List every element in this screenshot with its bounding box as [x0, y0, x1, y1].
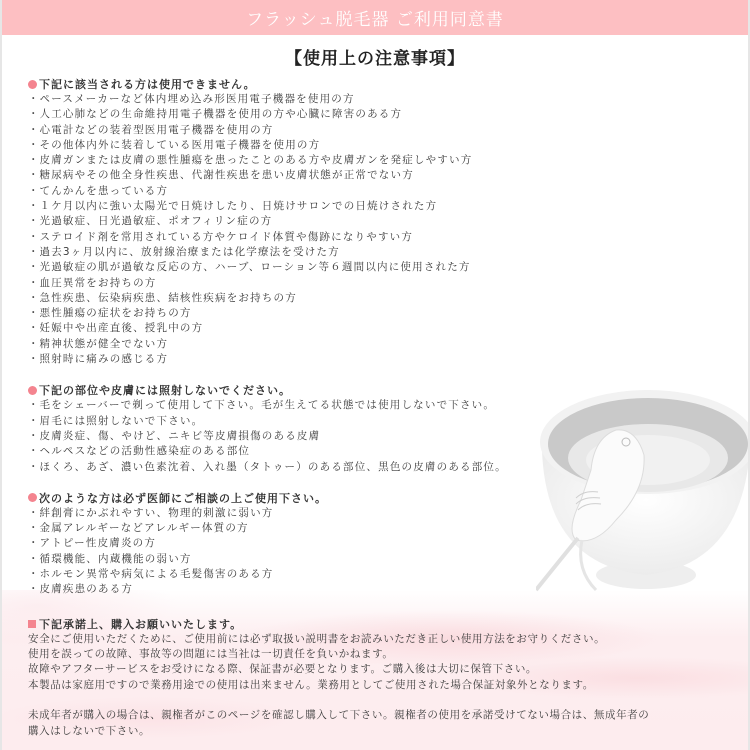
section-heading: 下記承諾上、購入お願いいたします。 — [28, 616, 728, 632]
list-item: 絆創膏にかぶれやすい、物理的刺激に弱い方 — [28, 506, 728, 521]
section-no-irradiation-areas: 下記の部位や皮膚には照射しないでください。 毛をシェーバーで剃って使用して下さい… — [28, 382, 728, 474]
list-item: 眉毛には照射しないで下さい。 — [28, 414, 728, 429]
list-item: 心電計などの装着型医用電子機器を使用の方 — [28, 123, 728, 138]
list-item: 毛をシェーバーで剃って使用して下さい。毛が生えてる状態では使用しないで下さい。 — [28, 398, 728, 413]
list-item: 金属アレルギーなどアレルギー体質の方 — [28, 521, 728, 536]
list-item: 急性疾患、伝染病疾患、結核性疾病をお持ちの方 — [28, 291, 728, 306]
list-item: 悪性腫瘍の症状をお持ちの方 — [28, 306, 728, 321]
section-prohibited-users: 下記に該当される方は使用できません。 ペースメーカーなど体内埋め込み形医用電子機… — [28, 76, 728, 367]
agreement-line: 使用を誤っての故障、事故等の問題には当社は一切責任を負いかねます。 — [28, 647, 728, 662]
list-item: 循環機能、内蔵機能の弱い方 — [28, 552, 728, 567]
list-item: ほくろ、あざ、濃い色素沈着、入れ墨（タトゥー）のある部位、黒色の皮膚のある部位。 — [28, 460, 728, 475]
list-item: てんかんを患っている方 — [28, 184, 728, 199]
minor-purchase-notice: 未成年者が購入の場合は、親権者がこのページを確認し購入して下さい。親権者の使用を… — [28, 707, 728, 739]
list-item: アトピー性皮膚炎の方 — [28, 536, 728, 551]
list-item: 精神状態が健全でない方 — [28, 337, 728, 352]
minor-notice-line: 購入はしないで下さい。 — [28, 723, 728, 739]
list-item: 光過敏症の肌が過敏な反応の方、ハーブ、ローション等６週間以内に使用された方 — [28, 260, 728, 275]
list-item: １ケ月以内に強い太陽光で日焼けしたり、日焼けサロンでの日焼けされた方 — [28, 199, 728, 214]
list-item: 照射時に痛みの感じる方 — [28, 352, 728, 367]
list-item: 過去3ヶ月以内に、放射線治療または化学療法を受けた方 — [28, 245, 728, 260]
bullet-dot-icon — [28, 80, 37, 89]
section-heading: 下記の部位や皮膚には照射しないでください。 — [28, 382, 728, 398]
agreement-line: 安全にご使用いただくために、ご使用前には必ず取扱い説明書をお読みいただき正しい使… — [28, 632, 728, 647]
list-item: 糖尿病やその他全身性疾患、代謝性疾患を患い皮膚状態が正常でない方 — [28, 168, 728, 183]
section-heading: 下記に該当される方は使用できません。 — [28, 76, 728, 92]
list-item: 人工心肺などの生命維持用電子機器を使用の方や心臓に障害のある方 — [28, 107, 728, 122]
list-item: 妊娠中や出産直後、授乳中の方 — [28, 321, 728, 336]
section-purchase-agreement: 下記承諾上、購入お願いいたします。 安全にご使用いただくために、ご使用前には必ず… — [28, 616, 728, 693]
list-item: ペースメーカーなど体内埋め込み形医用電子機器を使用の方 — [28, 92, 728, 107]
agreement-line: 故障やアフターサービスをお受けになる際、保証書が必要となります。ご購入後は大切に… — [28, 662, 728, 677]
list-item: 血圧異常をお持ちの方 — [28, 276, 728, 291]
list-item: 光過敏症、日光過敏症、ポオフィリン症の方 — [28, 214, 728, 229]
list-item: 皮膚ガンまたは皮膚の悪性腫瘍を患ったことのある方や皮膚ガンを発症しやすい方 — [28, 153, 728, 168]
list-item: その他体内外に装着している医用電子機器を使用の方 — [28, 138, 728, 153]
minor-notice-line: 未成年者が購入の場合は、親権者がこのページを確認し購入して下さい。親権者の使用を… — [28, 707, 728, 723]
agreement-line: 本製品は家庭用ですので業務用途での使用は出来ません。業務用としてご使用された場合… — [28, 678, 728, 693]
bullet-square-icon — [28, 620, 36, 628]
list-item: 皮膚疾患のある方 — [28, 582, 728, 597]
header-title: フラッシュ脱毛器 ご利用同意書 — [246, 5, 504, 30]
list-item: 皮膚炎症、傷、やけど、ニキビ等皮膚損傷のある皮膚 — [28, 429, 728, 444]
bullet-dot-icon — [28, 493, 37, 502]
list-item: ヘルペスなどの活動性感染症のある部位 — [28, 444, 728, 459]
page-title: 【使用上の注意事項】 — [0, 44, 750, 69]
section-heading: 次のような方は必ず医師にご相談の上ご使用下さい。 — [28, 490, 728, 506]
header-banner: フラッシュ脱毛器 ご利用同意書 — [0, 0, 750, 35]
bullet-dot-icon — [28, 386, 37, 395]
list-item: ホルモン異常や病気による毛髪傷害のある方 — [28, 567, 728, 582]
list-item: ステロイド剤を常用されている方やケロイド体質や傷跡になりやすい方 — [28, 230, 728, 245]
section-consult-doctor: 次のような方は必ず医師にご相談の上ご使用下さい。 絆創膏にかぶれやすい、物理的刺… — [28, 490, 728, 598]
notice-content: 下記に該当される方は使用できません。 ペースメーカーなど体内埋め込み形医用電子機… — [28, 76, 728, 739]
